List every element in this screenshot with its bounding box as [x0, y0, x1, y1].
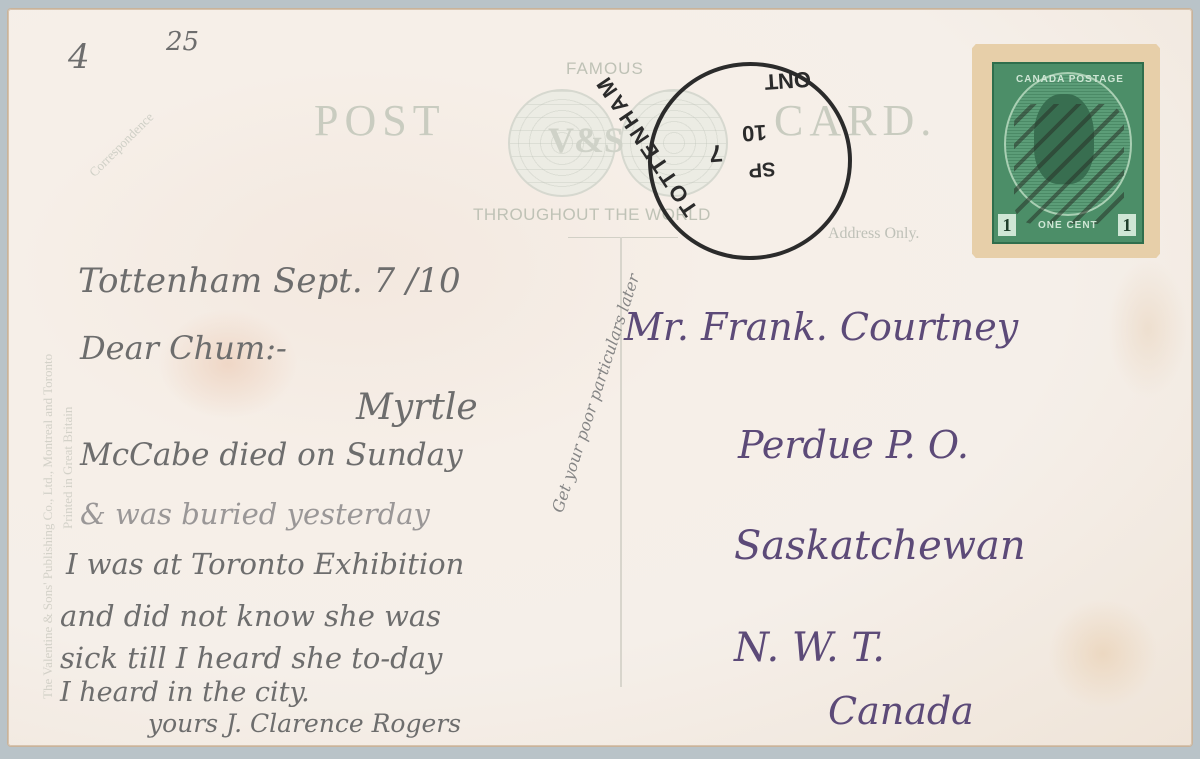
publisher-line: The Valentine & Sons' Publishing Co., Lt… — [40, 354, 56, 699]
postmark-province: ONT — [764, 66, 812, 95]
pencil-mark: 25 — [166, 27, 199, 57]
address-line: Perdue P. O. — [738, 423, 969, 467]
message-line: McCabe died on Sunday — [80, 437, 463, 473]
address-line: Mr. Frank. Courtney — [624, 305, 1018, 349]
message-line: Dear Chum:- — [80, 329, 287, 367]
message-line: and did not know she was — [60, 599, 441, 633]
postmark-month: SP — [748, 156, 776, 181]
message-line: I heard in the city. — [60, 677, 310, 708]
stamp-face: CANADA POSTAGE ONE CENT 1 1 — [992, 62, 1144, 244]
divider-horizontal — [568, 237, 678, 238]
foxing-stain — [1048, 599, 1158, 709]
address-line: Canada — [828, 689, 974, 733]
postage-stamp: CANADA POSTAGE ONE CENT 1 1 — [972, 44, 1160, 258]
address-line: N. W. T. — [734, 625, 885, 671]
message-line: Myrtle — [356, 387, 478, 428]
stamp-value-right: 1 — [1118, 214, 1136, 236]
postmark-day: 7 — [708, 138, 723, 167]
foxing-stain — [1108, 259, 1188, 399]
message-line: & was buried yesterday — [80, 497, 430, 531]
address-line: Saskatchewan — [734, 523, 1026, 569]
stamp-bottom-text: ONE CENT — [1038, 220, 1098, 231]
post-label: POST — [314, 95, 446, 146]
printed-in-line: Printed in Great Britain — [60, 407, 76, 529]
message-line: Tottenham Sept. 7 /10 — [78, 261, 461, 301]
stamp-top-text: CANADA POSTAGE — [1016, 74, 1124, 85]
address-only-label: Address Only. — [828, 225, 919, 243]
pencil-mark: 4 — [68, 37, 90, 77]
stamp-value-left: 1 — [998, 214, 1016, 236]
vs-logo: V&S — [548, 119, 624, 161]
correspondence-label: Correspondence — [86, 109, 157, 180]
message-line: I was at Toronto Exhibition — [66, 547, 464, 581]
message-line: sick till I heard she to-day — [60, 641, 442, 675]
postmark-year: 10 — [741, 119, 767, 147]
signature: yours J. Clarence Rogers — [148, 709, 461, 738]
cancellation-bars — [1014, 104, 1124, 224]
